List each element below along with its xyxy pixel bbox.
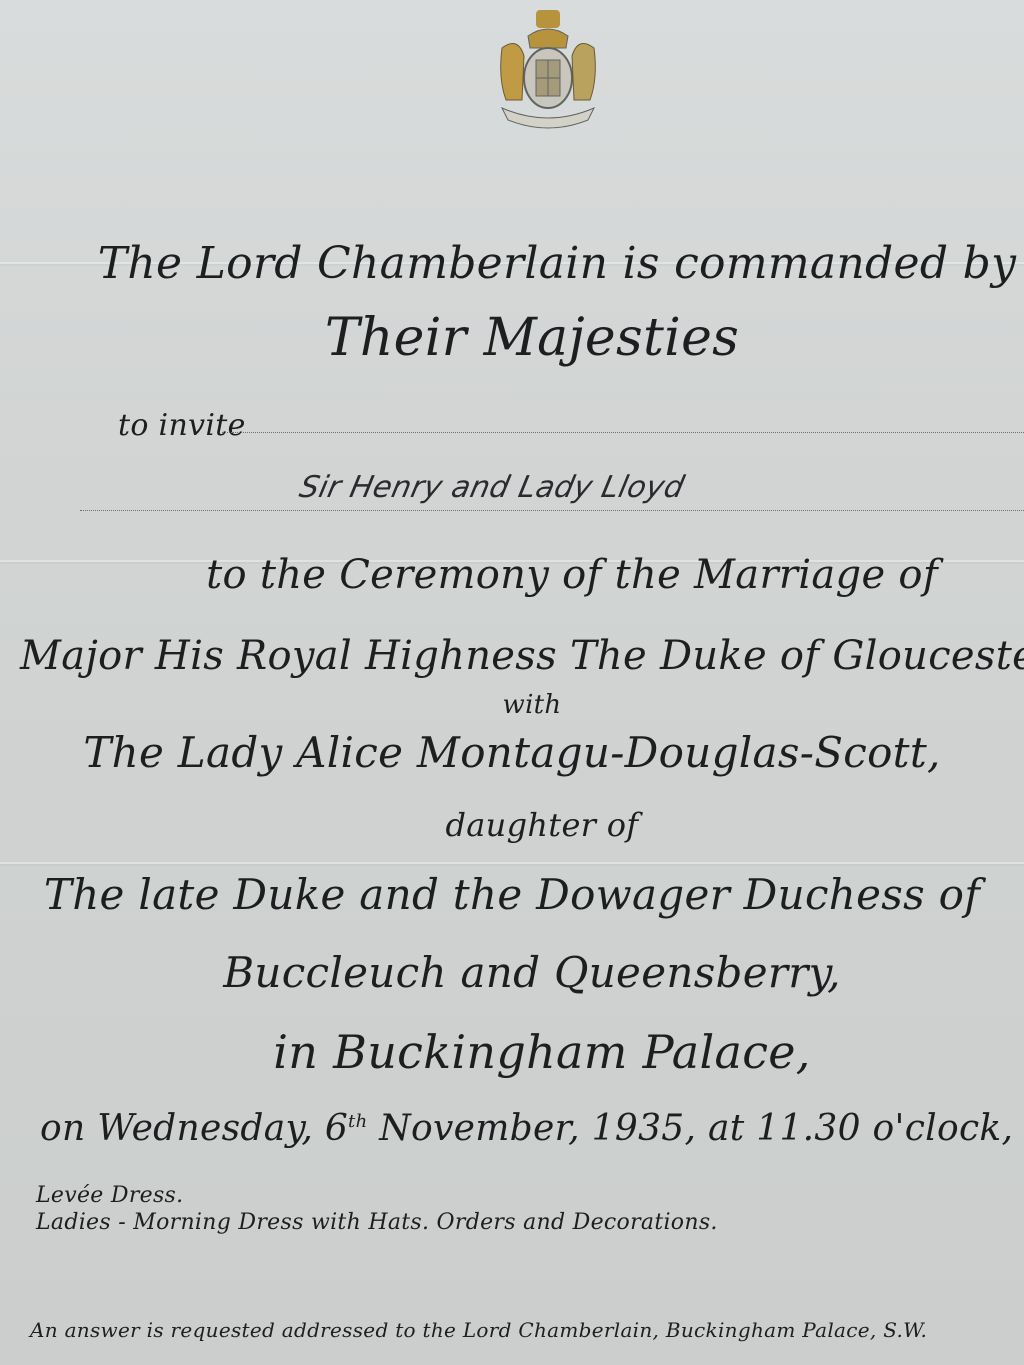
daughter-of: daughter of xyxy=(0,806,1024,844)
venue-line: in Buckingham Palace, xyxy=(0,1025,1024,1079)
dress-code-2: Ladies - Morning Dress with Hats. Orders… xyxy=(36,1210,718,1235)
invite-prefix: to invite xyxy=(118,408,246,443)
paper-fold xyxy=(0,862,1024,864)
bride-name: The Lady Alice Montagu-Douglas-Scott, xyxy=(0,728,1024,777)
with-text: with xyxy=(0,690,1024,720)
dress-code-1: Levée Dress. xyxy=(36,1183,183,1208)
dotted-line xyxy=(80,510,1024,511)
ceremony-line: to the Ceremony of the Marriage of xyxy=(0,552,1024,598)
royal-coat-of-arms-icon xyxy=(488,8,608,136)
answer-note: An answer is requested addressed to the … xyxy=(30,1318,927,1342)
groom-name: Major His Royal Highness The Duke of Glo… xyxy=(0,633,1024,679)
parents-line: The late Duke and the Dowager Duchess of xyxy=(0,870,1024,919)
guest-name-handwritten: Sir Henry and Lady Lloyd xyxy=(296,470,687,505)
date-line: on Wednesday, 6th November, 1935, at 11.… xyxy=(40,1108,1024,1149)
dotted-line xyxy=(222,432,1024,433)
majesties-title: Their Majesties xyxy=(0,308,1024,368)
heading: The Lord Chamberlain is commanded by xyxy=(0,238,1024,289)
dukedom-line: Buccleuch and Queensberry, xyxy=(0,948,1024,997)
